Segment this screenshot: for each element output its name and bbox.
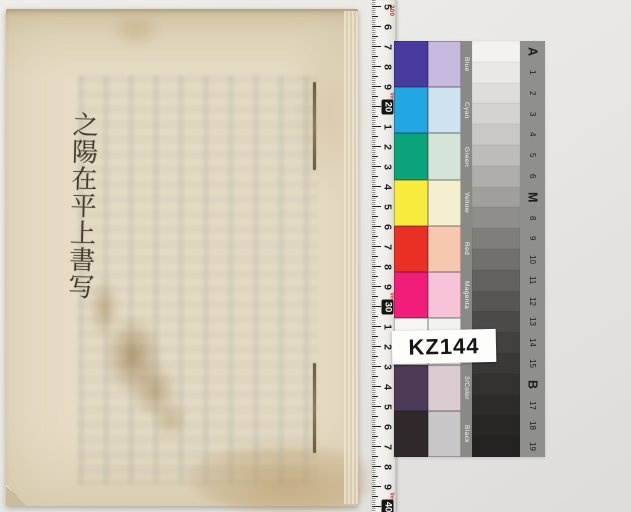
ruler-mark: 0m 30	[381, 300, 395, 315]
ruler-number: 2	[382, 144, 393, 150]
ruler-mark: 5	[381, 0, 395, 15]
gray-step	[472, 270, 520, 291]
ruler-number: 40	[382, 500, 394, 512]
color-row-label: Cyan	[461, 87, 472, 133]
ruler-mark: 8	[381, 260, 395, 275]
gray-step	[472, 374, 520, 395]
stain	[152, 399, 188, 439]
color-patch-solid	[394, 226, 428, 272]
gray-step	[472, 415, 520, 436]
ruler-number: 5	[382, 204, 393, 210]
gray-step-label: B	[520, 374, 545, 395]
color-patch-solid	[394, 87, 428, 133]
color-patch-pale	[428, 365, 461, 411]
color-patch-solid	[394, 180, 428, 226]
gray-step-label: 11	[520, 270, 545, 291]
ruler-marks: 5 6 7 8 9	[372, 0, 396, 512]
ruler-mark: 0m 40	[381, 500, 395, 512]
ruler-number: 1	[382, 324, 393, 330]
ruler-number: 3	[382, 164, 393, 170]
ruler-mark: 0m 20	[381, 100, 395, 115]
ruler-number: 9	[382, 284, 393, 290]
ruler-number: 5	[382, 404, 393, 410]
ruler-number: 4	[382, 384, 393, 390]
ruler-number: 30	[382, 300, 394, 315]
ruler-mark: 4	[381, 180, 395, 195]
gray-step	[472, 395, 520, 416]
ruler-number: 8	[382, 64, 393, 70]
ruler-number: 9	[382, 484, 393, 490]
color-patch-solid	[394, 133, 428, 179]
color-patch-pale	[428, 272, 461, 318]
gray-step-label: 9	[520, 228, 545, 249]
gray-step-label: 10	[520, 249, 545, 270]
ruler-number: 4	[382, 184, 393, 190]
gray-step	[472, 187, 520, 208]
ruler-number: 7	[382, 444, 393, 450]
gray-step	[472, 166, 520, 187]
manuscript-cover: 之陽在平上書写	[6, 9, 358, 506]
ruler-number: 1	[382, 124, 393, 130]
gray-step	[472, 145, 520, 166]
gray-step-label: 13	[520, 311, 545, 332]
gray-step-label: 17	[520, 395, 545, 416]
gray-step	[472, 41, 520, 62]
color-calibration-chart: BlueCyanGreenYellowRedMagentaWhite3/Colo…	[394, 41, 545, 457]
gray-step	[472, 291, 520, 312]
page-edges	[344, 11, 358, 504]
gray-step-label: 2	[520, 83, 545, 104]
ruler-decimeter-red-label: 0m	[388, 493, 394, 501]
chart-pale-column	[428, 41, 461, 457]
color-patch-solid	[394, 365, 428, 411]
ruler-mark: 2	[381, 140, 395, 155]
gray-step	[472, 436, 520, 457]
color-patch-pale	[428, 226, 461, 272]
gray-step	[472, 124, 520, 145]
ruler-mark: 6	[381, 220, 395, 235]
gray-step-label: A	[520, 41, 545, 62]
ruler-mark: 8	[381, 60, 395, 75]
color-patch-pale	[428, 411, 461, 457]
color-patch-solid	[394, 411, 428, 457]
color-patch-solid	[394, 41, 428, 87]
ruler-number: 8	[382, 264, 393, 270]
corner-fold	[6, 484, 26, 506]
color-row-label: Yellow	[461, 180, 472, 226]
ruler-number: 6	[382, 224, 393, 230]
color-row-label: Blue	[461, 41, 472, 87]
ruler-number: 6	[382, 24, 393, 30]
ruler-mark: 7	[381, 240, 395, 255]
gray-step-label: 19	[520, 436, 545, 457]
ruler-mark: 1	[381, 120, 395, 135]
ruler-mark: 6	[381, 420, 395, 435]
ruler-mark: 6	[381, 20, 395, 35]
color-row-label: Black	[461, 411, 472, 457]
gray-step-label: 3	[520, 103, 545, 124]
color-row-label: Red	[461, 226, 472, 272]
ruler-number: 7	[382, 44, 393, 50]
color-row-label: Green	[461, 133, 472, 179]
gray-step	[472, 103, 520, 124]
color-patch-pale	[428, 133, 461, 179]
grayscale-label-strip: A123456M89101112131415B171819	[520, 41, 545, 457]
gray-step-label: 18	[520, 415, 545, 436]
color-row-label: 3/Color	[461, 365, 472, 411]
ruler-mark: 5	[381, 200, 395, 215]
identifier-text: KZ144	[408, 333, 480, 360]
ruler-decimeter-red-label: 0m	[388, 293, 394, 301]
grayscale-strip	[472, 41, 520, 457]
calligraphy-title: 之陽在平上書写	[53, 111, 98, 312]
ruler-mark: 7	[381, 440, 395, 455]
color-patch-pale	[428, 180, 461, 226]
chart-solid-column	[394, 41, 428, 457]
gray-step-label: 5	[520, 145, 545, 166]
ruler-mark: 5	[381, 400, 395, 415]
gray-step-label: 8	[520, 207, 545, 228]
ruler-number: 7	[382, 244, 393, 250]
binding-stitch-top	[313, 82, 316, 170]
gray-step	[472, 249, 520, 270]
gray-step-label: 1	[520, 62, 545, 83]
ruler-number: 6	[382, 424, 393, 430]
ruler-mark: 7	[381, 40, 395, 55]
binding-stitch-bottom	[313, 363, 316, 453]
gray-step-label: 15	[520, 353, 545, 374]
ruler-mark: 8	[381, 460, 395, 475]
gray-step-label: M	[520, 187, 545, 208]
ruler-number: 3	[382, 364, 393, 370]
ruler-mark: 4	[381, 380, 395, 395]
digitization-photo: 之陽在平上書写 200 5 6	[0, 0, 631, 512]
ruler-mark: 3	[381, 160, 395, 175]
color-row-label: Magenta	[461, 272, 472, 318]
chart-label-strip: BlueCyanGreenYellowRedMagentaWhite3/Colo…	[461, 41, 472, 457]
gray-step	[472, 83, 520, 104]
ruler-decimeter-red-label: 0m	[388, 93, 394, 101]
gray-step-label: 14	[520, 332, 545, 353]
bleedthrough-text-texture	[78, 75, 318, 485]
gray-step	[472, 228, 520, 249]
color-patch-solid	[394, 272, 428, 318]
ruler-number: 8	[382, 464, 393, 470]
gray-step-label: 4	[520, 124, 545, 145]
stain	[110, 13, 162, 47]
ruler-number: 9	[382, 84, 393, 90]
gray-step	[472, 62, 520, 83]
identifier-label: KZ144	[392, 329, 497, 364]
gray-step-label: 12	[520, 291, 545, 312]
gray-step-label: 6	[520, 166, 545, 187]
ruler: 200 5 6 7 8	[372, 0, 396, 512]
color-patch-pale	[428, 41, 461, 87]
color-patch-pale	[428, 87, 461, 133]
ruler-number: 20	[382, 100, 394, 115]
stain	[188, 445, 368, 511]
ruler-number: 5	[382, 4, 393, 10]
gray-step	[472, 207, 520, 228]
